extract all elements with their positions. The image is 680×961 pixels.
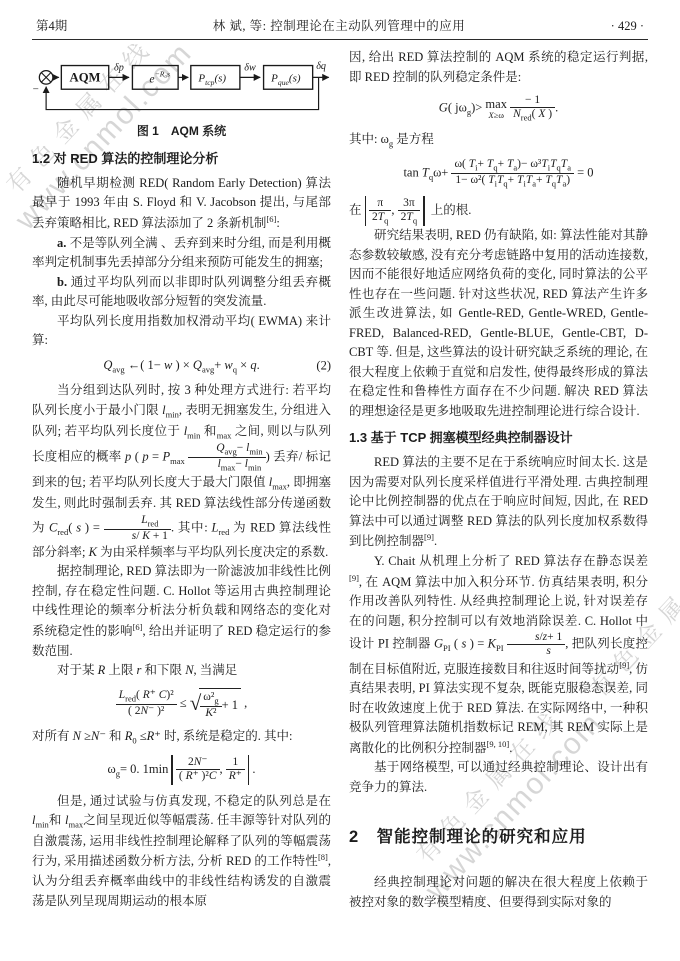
paragraph: 但是, 通过试验与仿真发现, 不稳定的队列总是在 lmin和 lmax之间呈现近…	[32, 792, 331, 911]
equation-2-number: (2)	[316, 358, 331, 373]
paragraph: 其中: ωg 是方程	[349, 130, 648, 151]
paragraph: 研究结果表明, RED 仍有缺陷, 如: 算法性能对其静态参数较敏感, 没有充分…	[349, 226, 648, 421]
header-rule	[32, 39, 648, 40]
section-heading-1-2: 1.2 对 RED 算法的控制理论分析	[32, 149, 331, 169]
equation-tan: tan Tqω+ ω( Ti+ Tq+ Ta)− ω³TiTqTa1− ω²( …	[349, 158, 648, 189]
paragraph: 随机早期检测 RED( Random Early Detection) 算法最早…	[32, 174, 331, 234]
equation-2: Qavg ←( 1− w ) × Qavg+ wq × q. (2)	[32, 358, 331, 375]
equation-stability-bound: Lred( R⁺ C)²( 2N⁻ )² ≤ √ω²gK²+ 1 ,	[32, 688, 331, 720]
equation-omega-g: ωg= 0. 1min2N⁻( R⁺ )²C, 1R⁺.	[32, 755, 331, 785]
right-column: 因, 给出 RED 算法控制的 AQM 系统的稳定运行判据, 即 RED 控制的…	[349, 48, 648, 912]
svg-text:e−R₀s: e−R₀s	[149, 70, 170, 86]
paragraph: 对于某 R 上限 r 和下限 N, 当满足	[32, 661, 331, 681]
paragraph: RED 算法的主要不足在于系统响应时间太长. 这是因为需要对队列长度采样值进行平…	[349, 453, 648, 552]
paragraph: 平均队列长度用指数加权滑动平均( EWMA) 来计算:	[32, 312, 331, 351]
figure-1-caption: 图 1 AQM 系统	[32, 122, 331, 141]
paragraph: 对所有 N ≥N⁻ 和 R0 ≤R⁺ 时, 系统是稳定的. 其中:	[32, 727, 331, 748]
page-number: · 429 ·	[611, 19, 644, 34]
equation-2-body: Qavg ←( 1− w ) × Qavg+ wq × q.	[103, 358, 259, 372]
journal-issue: 第4期	[36, 16, 67, 34]
journal-page: 有色金属在线 www.cnmol.com 有色金属在线 www.cnmol.co…	[0, 0, 680, 961]
two-column-body: − AQM δp e−R₀s Ptcp(s) δw	[0, 48, 680, 912]
list-item-b: b. 通过平均队列而以非即时队列调整分组丢弃概率, 由此尽可能地吸收部分短暂的突…	[32, 273, 331, 312]
svg-text:Ptcp(s): Ptcp(s)	[197, 73, 226, 87]
section-heading-2: 2 智能控制理论的研究和应用	[349, 825, 648, 851]
delta-p-label: δp	[114, 63, 124, 74]
svg-text:AQM: AQM	[70, 71, 101, 85]
paragraph: Y. Chait 从机理上分析了 RED 算法存在静态误差[9], 在 AQM …	[349, 552, 648, 758]
paragraph: 据控制理论, RED 算法即为一阶滤波加非线性比例控制, 存在稳定性问题. C.…	[32, 562, 331, 661]
delta-w-label: δw	[244, 63, 256, 74]
page-header: 第4期 林 斌, 等: 控制理论在主动队列管理中的应用 · 429 ·	[0, 0, 680, 39]
paragraph: 在π2Tq, 3π2Tq 上的根.	[349, 196, 648, 226]
equation-stability-condition: G( jωg)> maxX≥ω − 1Nred( X ).	[349, 94, 648, 123]
minus-sign: −	[33, 84, 39, 96]
list-item-a: a. 不是等队列全满 、丢弃到来时分组, 而是利用概率判定机制事先丢掉部分分组来…	[32, 234, 331, 273]
paragraph: 因, 给出 RED 算法控制的 AQM 系统的稳定运行判据, 即 RED 控制的…	[349, 48, 648, 87]
running-title: 林 斌, 等: 控制理论在主动队列管理中的应用	[213, 16, 465, 34]
aqm-block-diagram-image: − AQM δp e−R₀s Ptcp(s) δw	[32, 52, 331, 118]
svg-text:Pque(s): Pque(s)	[270, 73, 301, 87]
section-heading-1-3: 1.3 基于 TCP 拥塞模型经典控制器设计	[349, 428, 648, 448]
paragraph: 基于网络模型, 可以通过经典控制理论、设计出有竞争力的算法.	[349, 758, 648, 797]
paragraph: 当分组到达队列时, 按 3 种处理方式进行: 若平均队列长度小于最小门限 lmi…	[32, 381, 331, 562]
left-column: − AQM δp e−R₀s Ptcp(s) δw	[32, 48, 331, 912]
paragraph: 经典控制理论对问题的解决在很大程度上依赖于被控对象的数学模型精度、但要得到实际对…	[349, 873, 648, 912]
delta-q-label: δq	[316, 61, 326, 72]
figure-1: − AQM δp e−R₀s Ptcp(s) δw	[32, 52, 331, 141]
